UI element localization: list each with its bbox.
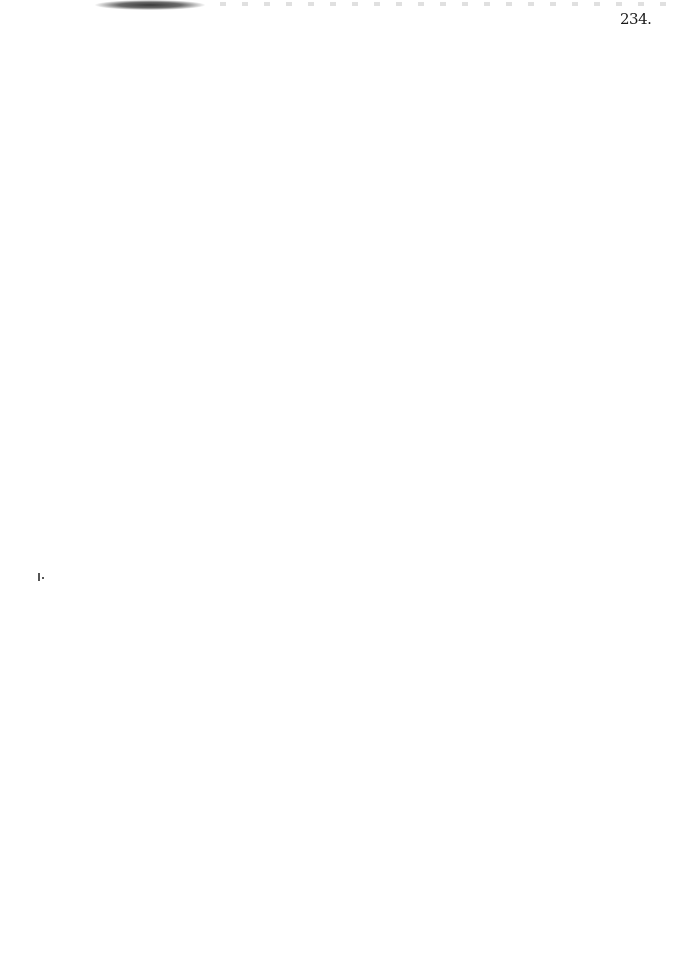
scan-noise — [220, 2, 680, 6]
scan-mark — [42, 577, 44, 579]
scan-mark — [38, 573, 40, 581]
page-number: 234. — [620, 10, 651, 28]
scan-smudge — [95, 0, 205, 10]
